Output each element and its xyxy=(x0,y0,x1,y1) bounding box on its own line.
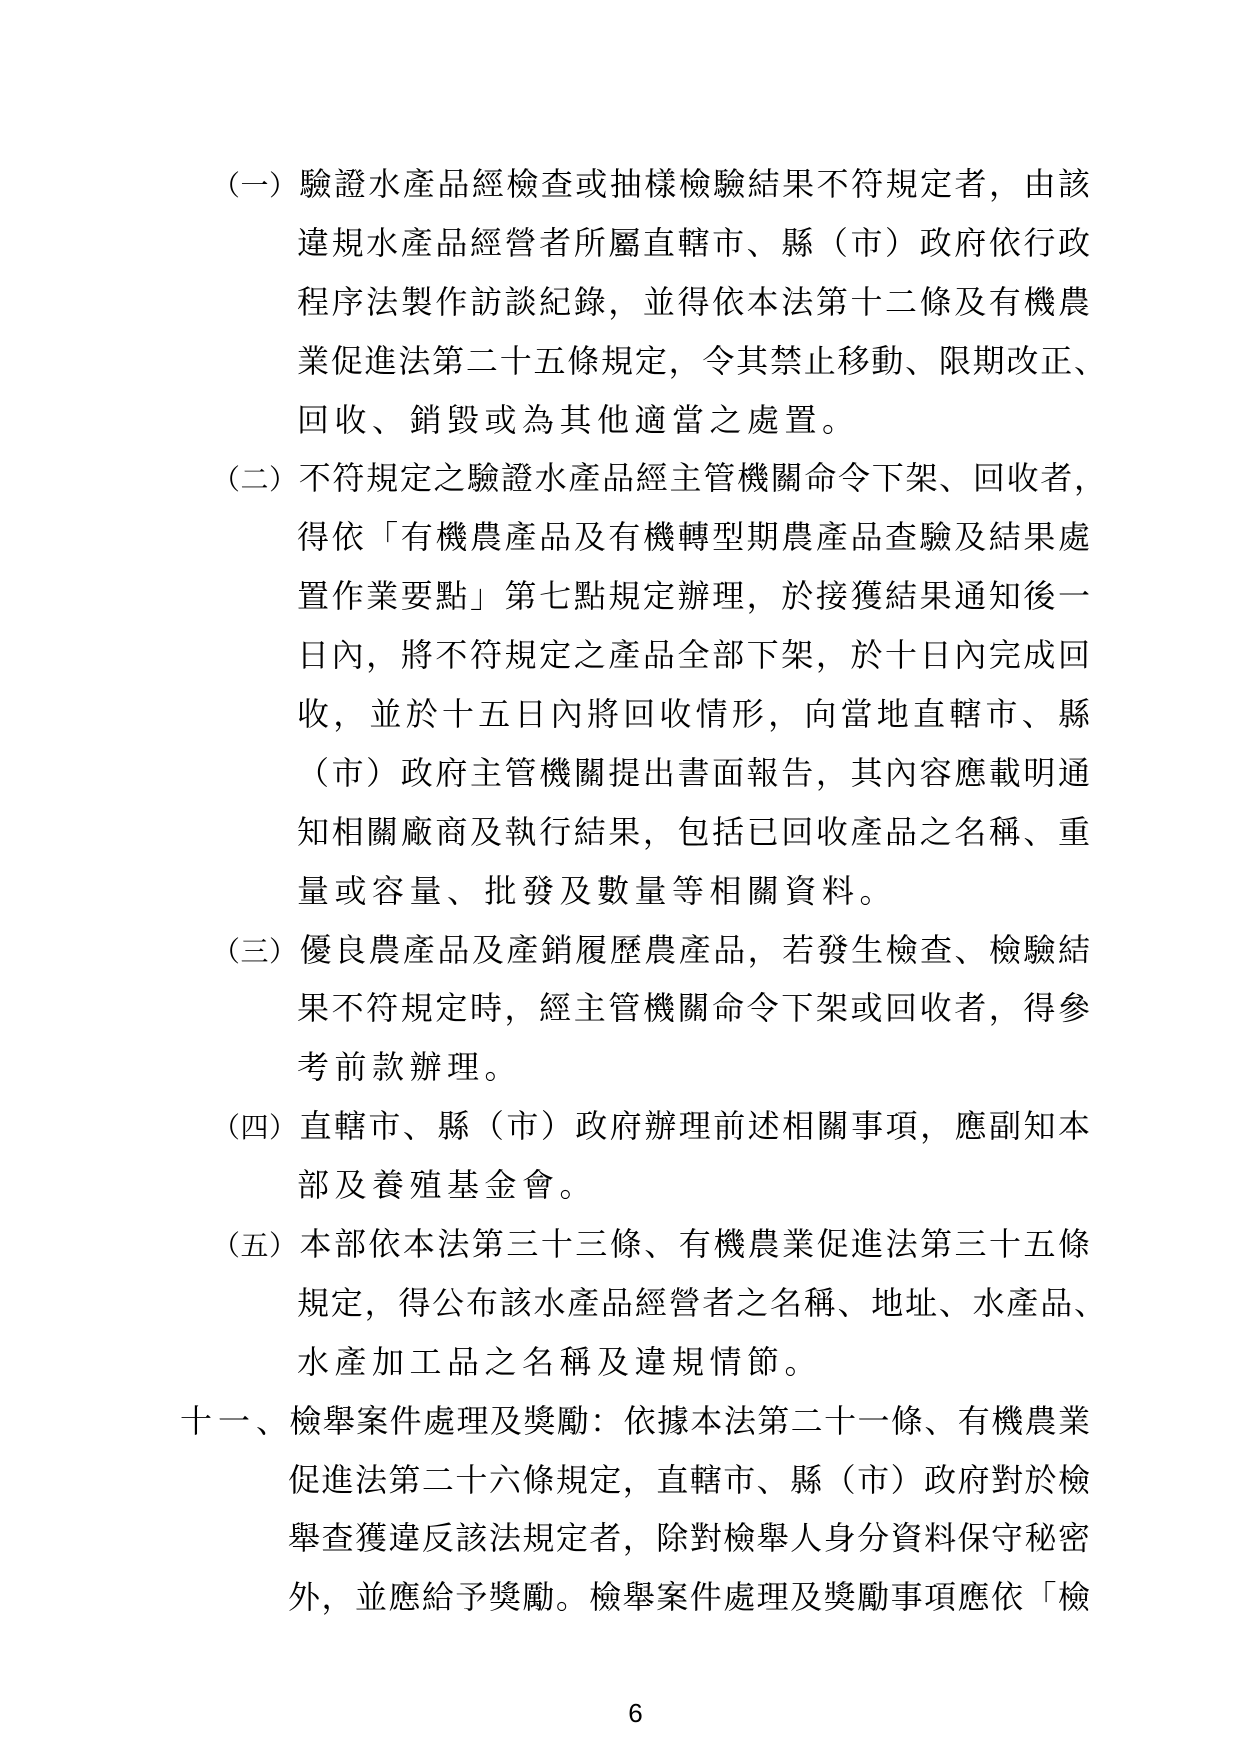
doc-line-15: 果不符規定時，經主管機關命令下架或回收者，得參 xyxy=(297,979,1090,1038)
doc-line-1: （一）驗證水產品經檢查或抽樣檢驗結果不符規定者，由該 xyxy=(212,155,1090,214)
line-text: 量或容量、批發及數量等相關資料。 xyxy=(297,873,897,909)
line-text: 違規水產品經營者所屬直轄市、縣（市）政府依行政 xyxy=(297,225,1090,261)
doc-line-11: （市）政府主管機關提出書面報告，其內容應載明通 xyxy=(297,744,1090,803)
line-text: 程序法製作訪談紀錄，並得依本法第十二條及有機農 xyxy=(297,284,1090,320)
line-text: （市）政府主管機關提出書面報告，其內容應載明通 xyxy=(297,755,1090,791)
line-text: 回收、銷毀或為其他適當之處置。 xyxy=(297,402,860,438)
doc-line-18: 部及養殖基金會。 xyxy=(297,1156,1090,1215)
line-text: 外，並應給予獎勵。檢舉案件處理及獎勵事項應依「檢 xyxy=(288,1579,1090,1615)
line-text: 置作業要點」第七點規定辦理，於接獲結果通知後一 xyxy=(297,578,1090,614)
doc-line-12: 知相關廠商及執行結果，包括已回收產品之名稱、重 xyxy=(297,803,1090,862)
doc-line-7: 得依「有機農產品及有機轉型期農產品查驗及結果處 xyxy=(297,508,1090,567)
line-text: 優良農產品及產銷履歷農產品，若發生檢查、檢驗結 xyxy=(297,932,1090,968)
line-text: 促進法第二十六條規定，直轄市、縣（市）政府對於檢 xyxy=(288,1462,1090,1498)
doc-line-16: 考前款辦理。 xyxy=(297,1038,1090,1097)
doc-line-19: （五）本部依本法第三十三條、有機農業促進法第三十五條 xyxy=(212,1215,1090,1274)
line-text: 部及養殖基金會。 xyxy=(297,1167,597,1203)
line-text: 直轄市、縣（市）政府辦理前述相關事項，應副知本 xyxy=(297,1108,1090,1144)
line-text: 考前款辦理。 xyxy=(297,1049,522,1085)
doc-line-4: 業促進法第二十五條規定，令其禁止移動、限期改正、 xyxy=(297,332,1106,391)
item-label-11: 十一、 xyxy=(180,1392,288,1451)
doc-line-23: 促進法第二十六條規定，直轄市、縣（市）政府對於檢 xyxy=(288,1451,1090,1510)
line-text: 舉查獲違反該法規定者，除對檢舉人身分資料保守秘密 xyxy=(288,1520,1090,1556)
line-text: 驗證水產品經檢查或抽樣檢驗結果不符規定者，由該 xyxy=(297,166,1090,202)
document-body: （一）驗證水產品經檢查或抽樣檢驗結果不符規定者，由該 違規水產品經營者所屬直轄市… xyxy=(0,155,1106,1627)
doc-line-13: 量或容量、批發及數量等相關資料。 xyxy=(297,862,1090,921)
line-text: 日內，將不符規定之產品全部下架，於十日內完成回 xyxy=(297,637,1090,673)
doc-line-5: 回收、銷毀或為其他適當之處置。 xyxy=(297,391,1090,450)
line-text: 知相關廠商及執行結果，包括已回收產品之名稱、重 xyxy=(297,814,1090,850)
line-text: 果不符規定時，經主管機關命令下架或回收者，得參 xyxy=(297,990,1090,1026)
item-label-5: （五） xyxy=(212,1218,297,1277)
doc-line-9: 日內，將不符規定之產品全部下架，於十日內完成回 xyxy=(297,626,1090,685)
line-text: 本部依本法第三十三條、有機農業促進法第三十五條 xyxy=(297,1226,1090,1262)
doc-line-3: 程序法製作訪談紀錄，並得依本法第十二條及有機農 xyxy=(297,273,1090,332)
doc-line-2: 違規水產品經營者所屬直轄市、縣（市）政府依行政 xyxy=(297,214,1090,273)
doc-line-8: 置作業要點」第七點規定辦理，於接獲結果通知後一 xyxy=(297,567,1090,626)
doc-line-20: 規定，得公布該水產品經營者之名稱、地址、水產品、 xyxy=(297,1274,1106,1333)
doc-line-17: （四）直轄市、縣（市）政府辦理前述相關事項，應副知本 xyxy=(212,1097,1090,1156)
doc-line-6: （二）不符規定之驗證水產品經主管機關命令下架、回收者， xyxy=(212,449,1106,508)
item-label-4: （四） xyxy=(212,1100,297,1159)
doc-line-10: 收，並於十五日內將回收情形，向當地直轄市、縣 xyxy=(297,685,1090,744)
document-page: （一）驗證水產品經檢查或抽樣檢驗結果不符規定者，由該 違規水產品經營者所屬直轄市… xyxy=(0,0,1241,1755)
line-text: 得依「有機農產品及有機轉型期農產品查驗及結果處 xyxy=(297,519,1090,555)
doc-line-25: 外，並應給予獎勵。檢舉案件處理及獎勵事項應依「檢 xyxy=(288,1568,1090,1627)
line-text: 規定，得公布該水產品經營者之名稱、地址、水產品、 xyxy=(297,1285,1106,1321)
item-label-1: （一） xyxy=(212,158,297,217)
line-text: 業促進法第二十五條規定，令其禁止移動、限期改正、 xyxy=(297,343,1106,379)
line-text: 不符規定之驗證水產品經主管機關命令下架、回收者， xyxy=(297,460,1106,496)
item-label-3: （三） xyxy=(212,924,297,983)
doc-line-21: 水產加工品之名稱及違規情節。 xyxy=(297,1333,1090,1392)
page-number: 6 xyxy=(0,1698,1241,1729)
doc-line-24: 舉查獲違反該法規定者，除對檢舉人身分資料保守秘密 xyxy=(288,1509,1090,1568)
line-text: 收，並於十五日內將回收情形，向當地直轄市、縣 xyxy=(297,696,1090,732)
doc-line-22: 十一、檢舉案件處理及獎勵：依據本法第二十一條、有機農業 xyxy=(180,1392,1090,1451)
doc-line-14: （三）優良農產品及產銷履歷農產品，若發生檢查、檢驗結 xyxy=(212,921,1090,980)
line-text: 檢舉案件處理及獎勵：依據本法第二十一條、有機農業 xyxy=(288,1403,1090,1439)
line-text: 水產加工品之名稱及違規情節。 xyxy=(297,1344,822,1380)
item-label-2: （二） xyxy=(212,452,297,511)
